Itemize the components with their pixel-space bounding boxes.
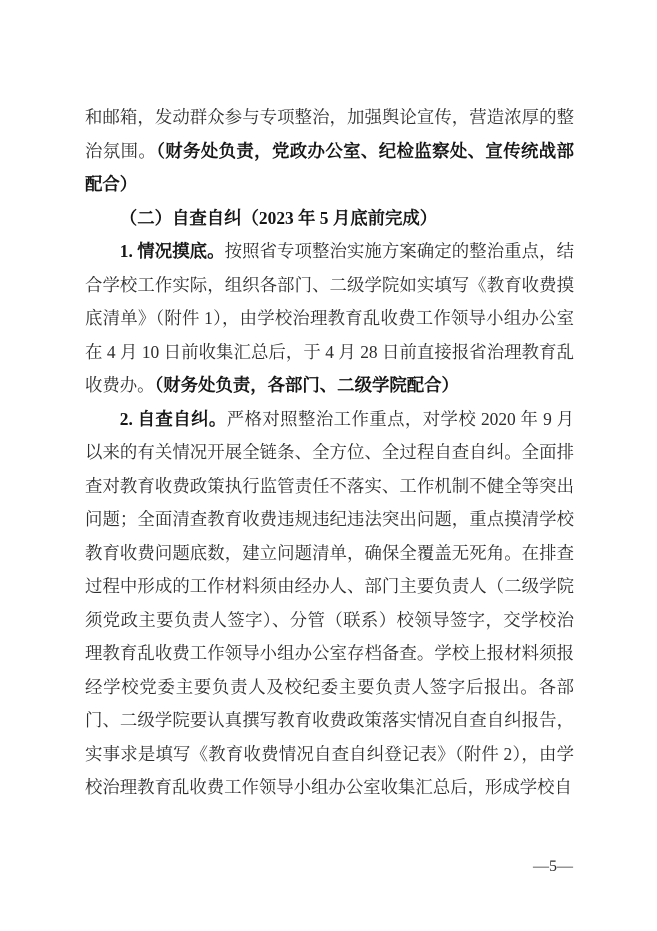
paragraph-continuation: 和邮箱，发动群众参与专项整治，加强舆论宣传，营造浓厚的整治氛围。（财务处负责，党… <box>85 101 574 202</box>
page-number: —5— <box>0 858 573 876</box>
item-2-body-text: 严格对照整治工作重点，对学校 2020 年 9 月以来的有关情况开展全链条、全方… <box>85 409 574 798</box>
document-body: 和邮箱，发动群众参与专项整治，加强舆论宣传，营造浓厚的整治氛围。（财务处负责，党… <box>85 101 574 805</box>
numbered-item-1: 1. 情况摸底。按照省专项整治实施方案确定的整治重点，结合学校工作实际，组织各部… <box>85 235 574 403</box>
section-heading-text: （二）自查自纠（2023 年 5 月底前完成） <box>120 208 437 228</box>
item-1-responsibility-note: （财务处负责，各部门、二级学院配合） <box>155 375 459 395</box>
item-1-lead-in: 1. 情况摸底。 <box>120 241 225 261</box>
scanned-document-page: 和邮箱，发动群众参与专项整治，加强舆论宣传，营造浓厚的整治氛围。（财务处负责，党… <box>0 0 657 931</box>
responsibility-note: （财务处负责，党政办公室、纪检监察处、宣传统战部配合） <box>85 141 574 195</box>
item-2-lead-in: 2. 自查自纠。 <box>120 409 227 429</box>
item-1-body-text: 按照省专项整治实施方案确定的整治重点，结合学校工作实际，组织各部门、二级学院如实… <box>85 241 574 395</box>
section-heading: （二）自查自纠（2023 年 5 月底前完成） <box>85 202 574 236</box>
numbered-item-2: 2. 自查自纠。严格对照整治工作重点，对学校 2020 年 9 月以来的有关情况… <box>85 403 574 805</box>
